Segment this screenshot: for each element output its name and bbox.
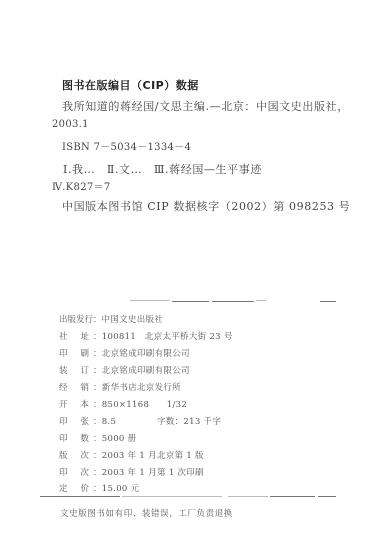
spacer [143, 415, 157, 427]
colophon-value: ：北京铭成印刷有限公司 [93, 364, 190, 376]
label-char: 定 [59, 482, 68, 494]
colophon-value: ：850×1168 1/32 [93, 398, 187, 410]
divider-bottom-segment-2 [122, 496, 222, 497]
colophon-value: ：8.5 [93, 415, 143, 427]
label-char: 订 [80, 364, 89, 376]
colophon-row-binder: 装 订 ：北京铭成印刷有限公司 [59, 364, 190, 376]
colophon-label: 定 价 [59, 482, 89, 494]
colophon-word-count: 字数：213 千字 [157, 415, 221, 427]
label-char: 销 [80, 381, 89, 393]
label-char: 张 [80, 415, 89, 427]
label-char: 次 [80, 466, 89, 478]
cip-subjects-line-2: Ⅳ.K827＝7 [52, 178, 111, 193]
colophon-label: 印 张 [59, 415, 89, 427]
label-char: 数 [80, 432, 89, 444]
colophon-value: ：15.00 元 [93, 482, 139, 494]
footer-return-notice: 文史版图书如有印、装错误，工厂负责退换 [60, 507, 233, 519]
colophon-label: 印 次 [59, 466, 89, 478]
divider-bottom-segment-5 [318, 496, 336, 497]
label-char: 址 [80, 330, 89, 342]
divider-top-segment-3 [212, 301, 254, 302]
colophon-value: 中国文史出版社 [102, 313, 164, 325]
colophon-label: 装 订 [59, 364, 89, 376]
label-char: 社 [59, 330, 68, 342]
divider-top-segment-2 [172, 301, 209, 302]
colophon-value: ：北京铭成印刷有限公司 [93, 347, 190, 359]
colophon-row-edition: 版 次 ：2003 年 1 月北京第 1 版 [59, 449, 204, 461]
colophon-label: 版 次 [59, 449, 89, 461]
label-char: 价 [80, 482, 89, 494]
divider-top-segment-4 [256, 300, 266, 301]
colophon-row-format: 开 本 ：850×1168 1/32 [59, 398, 187, 410]
label-char: 印 [59, 432, 68, 444]
colophon-row-printer: 印 刷 ：北京铭成印刷有限公司 [59, 347, 190, 359]
colophon-label: 印 刷 [59, 347, 89, 359]
label-char: 本 [80, 398, 89, 410]
divider-top-segment-5 [320, 301, 336, 302]
label-char: 印 [59, 415, 68, 427]
colophon-row-publisher: 出版发行： 中国文史出版社 [59, 313, 163, 325]
divider-top-segment-1 [130, 300, 170, 301]
colophon-row-sheets: 印 张 ：8.5 字数：213 千字 [59, 415, 221, 427]
label-char: 次 [80, 449, 89, 461]
label-char: 装 [59, 364, 68, 376]
colophon-row-address: 社 址 ：100811 北京太平桥大街 23 号 [59, 330, 233, 342]
colophon-row-distributor: 经 销 ：新华书店北京发行所 [59, 381, 181, 393]
colophon-value: ：5000 册 [93, 432, 136, 444]
colophon-row-price: 定 价 ：15.00 元 [59, 482, 139, 494]
colophon-label: 印 数 [59, 432, 89, 444]
cip-entry-line-2: 2003.1 [52, 119, 89, 130]
cip-isbn: ISBN 7－5034－1334－4 [62, 138, 191, 153]
label-char: 印 [59, 347, 68, 359]
colophon-value: ：100811 北京太平桥大街 23 号 [93, 330, 233, 342]
colophon-label: 经 销 [59, 381, 89, 393]
label-char: 经 [59, 381, 68, 393]
colophon-label: 开 本 [59, 398, 89, 410]
cip-title: 图书在版编目（CIP）数据 [62, 77, 199, 93]
divider-bottom-segment-4 [270, 496, 315, 497]
cip-entry-line-1: 我所知道的蒋经国/文思主编.—北京：中国文史出版社， [62, 98, 349, 114]
cip-verification-number: 中国版本图书馆 CIP 数据核字（2002）第 098253 号 [62, 198, 350, 214]
colophon-value: ：2003 年 1 月第 1 次印刷 [93, 466, 204, 478]
colophon-row-print-run: 印 数 ：5000 册 [59, 432, 136, 444]
divider-bottom-segment-1 [40, 496, 120, 497]
cip-subjects-line-1: Ⅰ.我… Ⅱ.文… Ⅲ.蒋经国—生平事迹 [63, 161, 262, 177]
colophon-value: ：2003 年 1 月北京第 1 版 [93, 449, 204, 461]
label-char: 刷 [80, 347, 89, 359]
colophon-value: ：新华书店北京发行所 [93, 381, 181, 393]
colophon-label: 出版发行： [59, 313, 102, 325]
label-char: 版 [59, 449, 68, 461]
label-char: 印 [59, 466, 68, 478]
label-char: 开 [59, 398, 68, 410]
divider-bottom-segment-3 [228, 496, 268, 497]
colophon-row-impression: 印 次 ：2003 年 1 月第 1 次印刷 [59, 466, 204, 478]
colophon-label: 社 址 [59, 330, 89, 342]
